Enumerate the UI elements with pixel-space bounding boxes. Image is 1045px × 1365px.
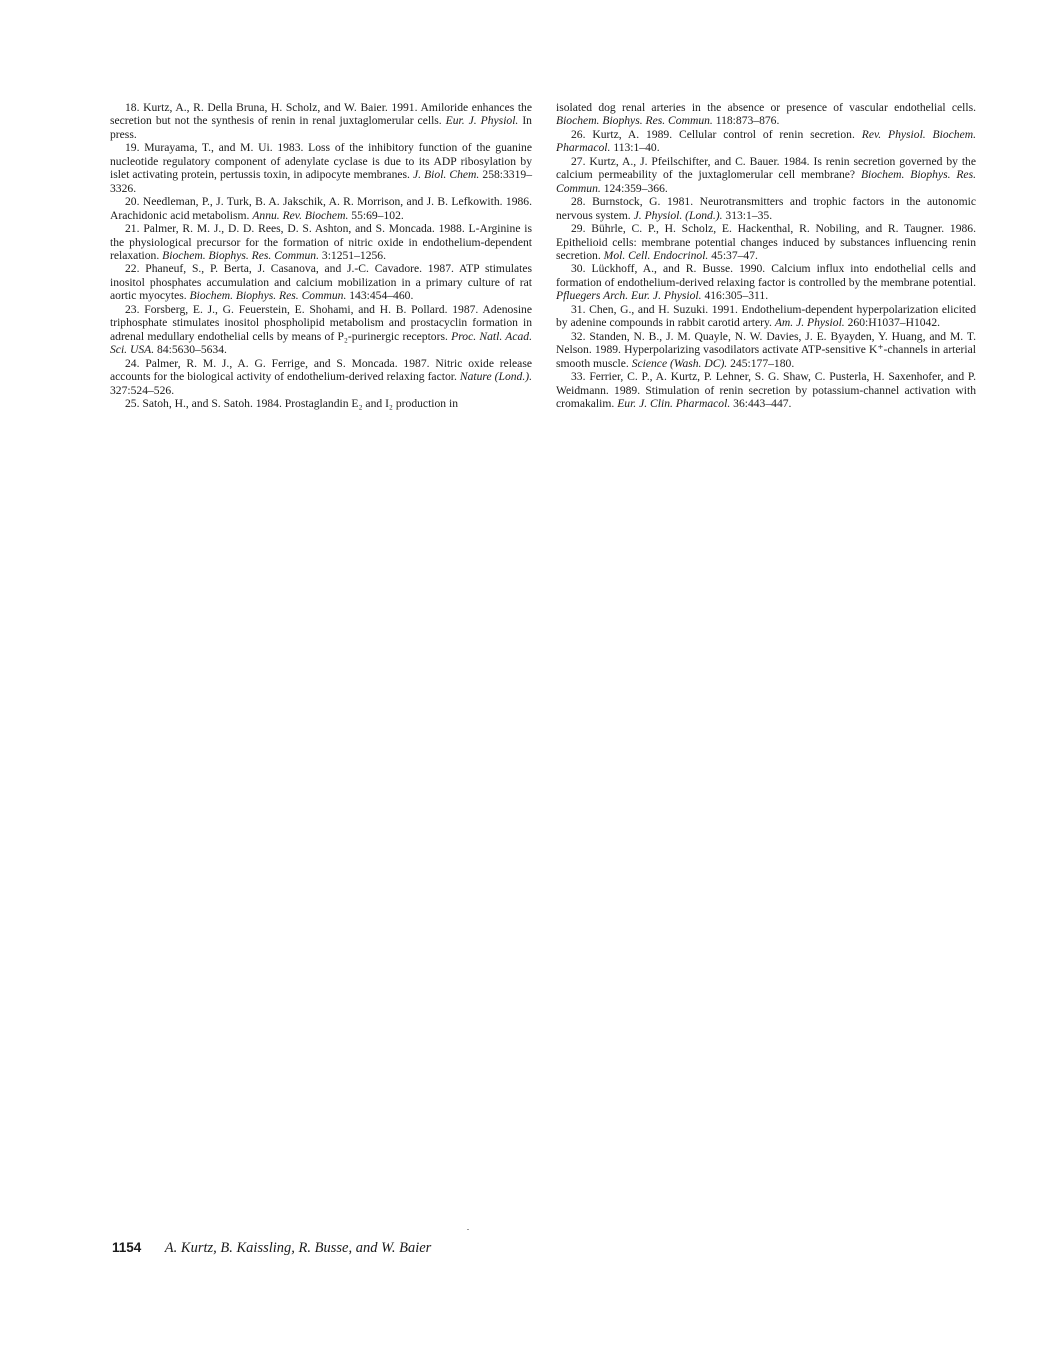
page-number: 1154	[112, 1240, 141, 1255]
reference-item: 32. Standen, N. B., J. M. Quayle, N. W. …	[556, 330, 976, 370]
reference-item: 27. Kurtz, A., J. Pfeilschifter, and C. …	[556, 155, 976, 195]
reference-item: 24. Palmer, R. M. J., A. G. Ferrige, and…	[110, 357, 532, 397]
reference-item: 33. Ferrier, C. P., A. Kurtz, P. Lehner,…	[556, 370, 976, 410]
reference-item: 21. Palmer, R. M. J., D. D. Rees, D. S. …	[110, 222, 532, 262]
reference-item: 22. Phaneuf, S., P. Berta, J. Casanova, …	[110, 262, 532, 302]
reference-item: 28. Burnstock, G. 1981. Neurotransmitter…	[556, 195, 976, 222]
reference-item: 23. Forsberg, E. J., G. Feuerstein, E. S…	[110, 303, 532, 357]
reference-item: 30. Lückhoff, A., and R. Busse. 1990. Ca…	[556, 262, 976, 302]
scan-speck	[467, 1229, 469, 1230]
reference-continuation: isolated dog renal arteries in the absen…	[556, 101, 976, 128]
references-left-column: 18. Kurtz, A., R. Della Bruna, H. Scholz…	[110, 101, 532, 410]
running-authors: A. Kurtz, B. Kaissling, R. Busse, and W.…	[165, 1240, 432, 1256]
reference-item: 29. Bührle, C. P., H. Scholz, E. Hackent…	[556, 222, 976, 262]
reference-item: 26. Kurtz, A. 1989. Cellular control of …	[556, 128, 976, 155]
page-footer: 1154 A. Kurtz, B. Kaissling, R. Busse, a…	[112, 1240, 431, 1257]
reference-item: 18. Kurtz, A., R. Della Bruna, H. Scholz…	[110, 101, 532, 141]
references-right-column: isolated dog renal arteries in the absen…	[556, 101, 976, 410]
reference-item: 19. Murayama, T., and M. Ui. 1983. Loss …	[110, 141, 532, 195]
reference-item: 25. Satoh, H., and S. Satoh. 1984. Prost…	[110, 397, 532, 410]
reference-item: 20. Needleman, P., J. Turk, B. A. Jaksch…	[110, 195, 532, 222]
reference-item: 31. Chen, G., and H. Suzuki. 1991. Endot…	[556, 303, 976, 330]
